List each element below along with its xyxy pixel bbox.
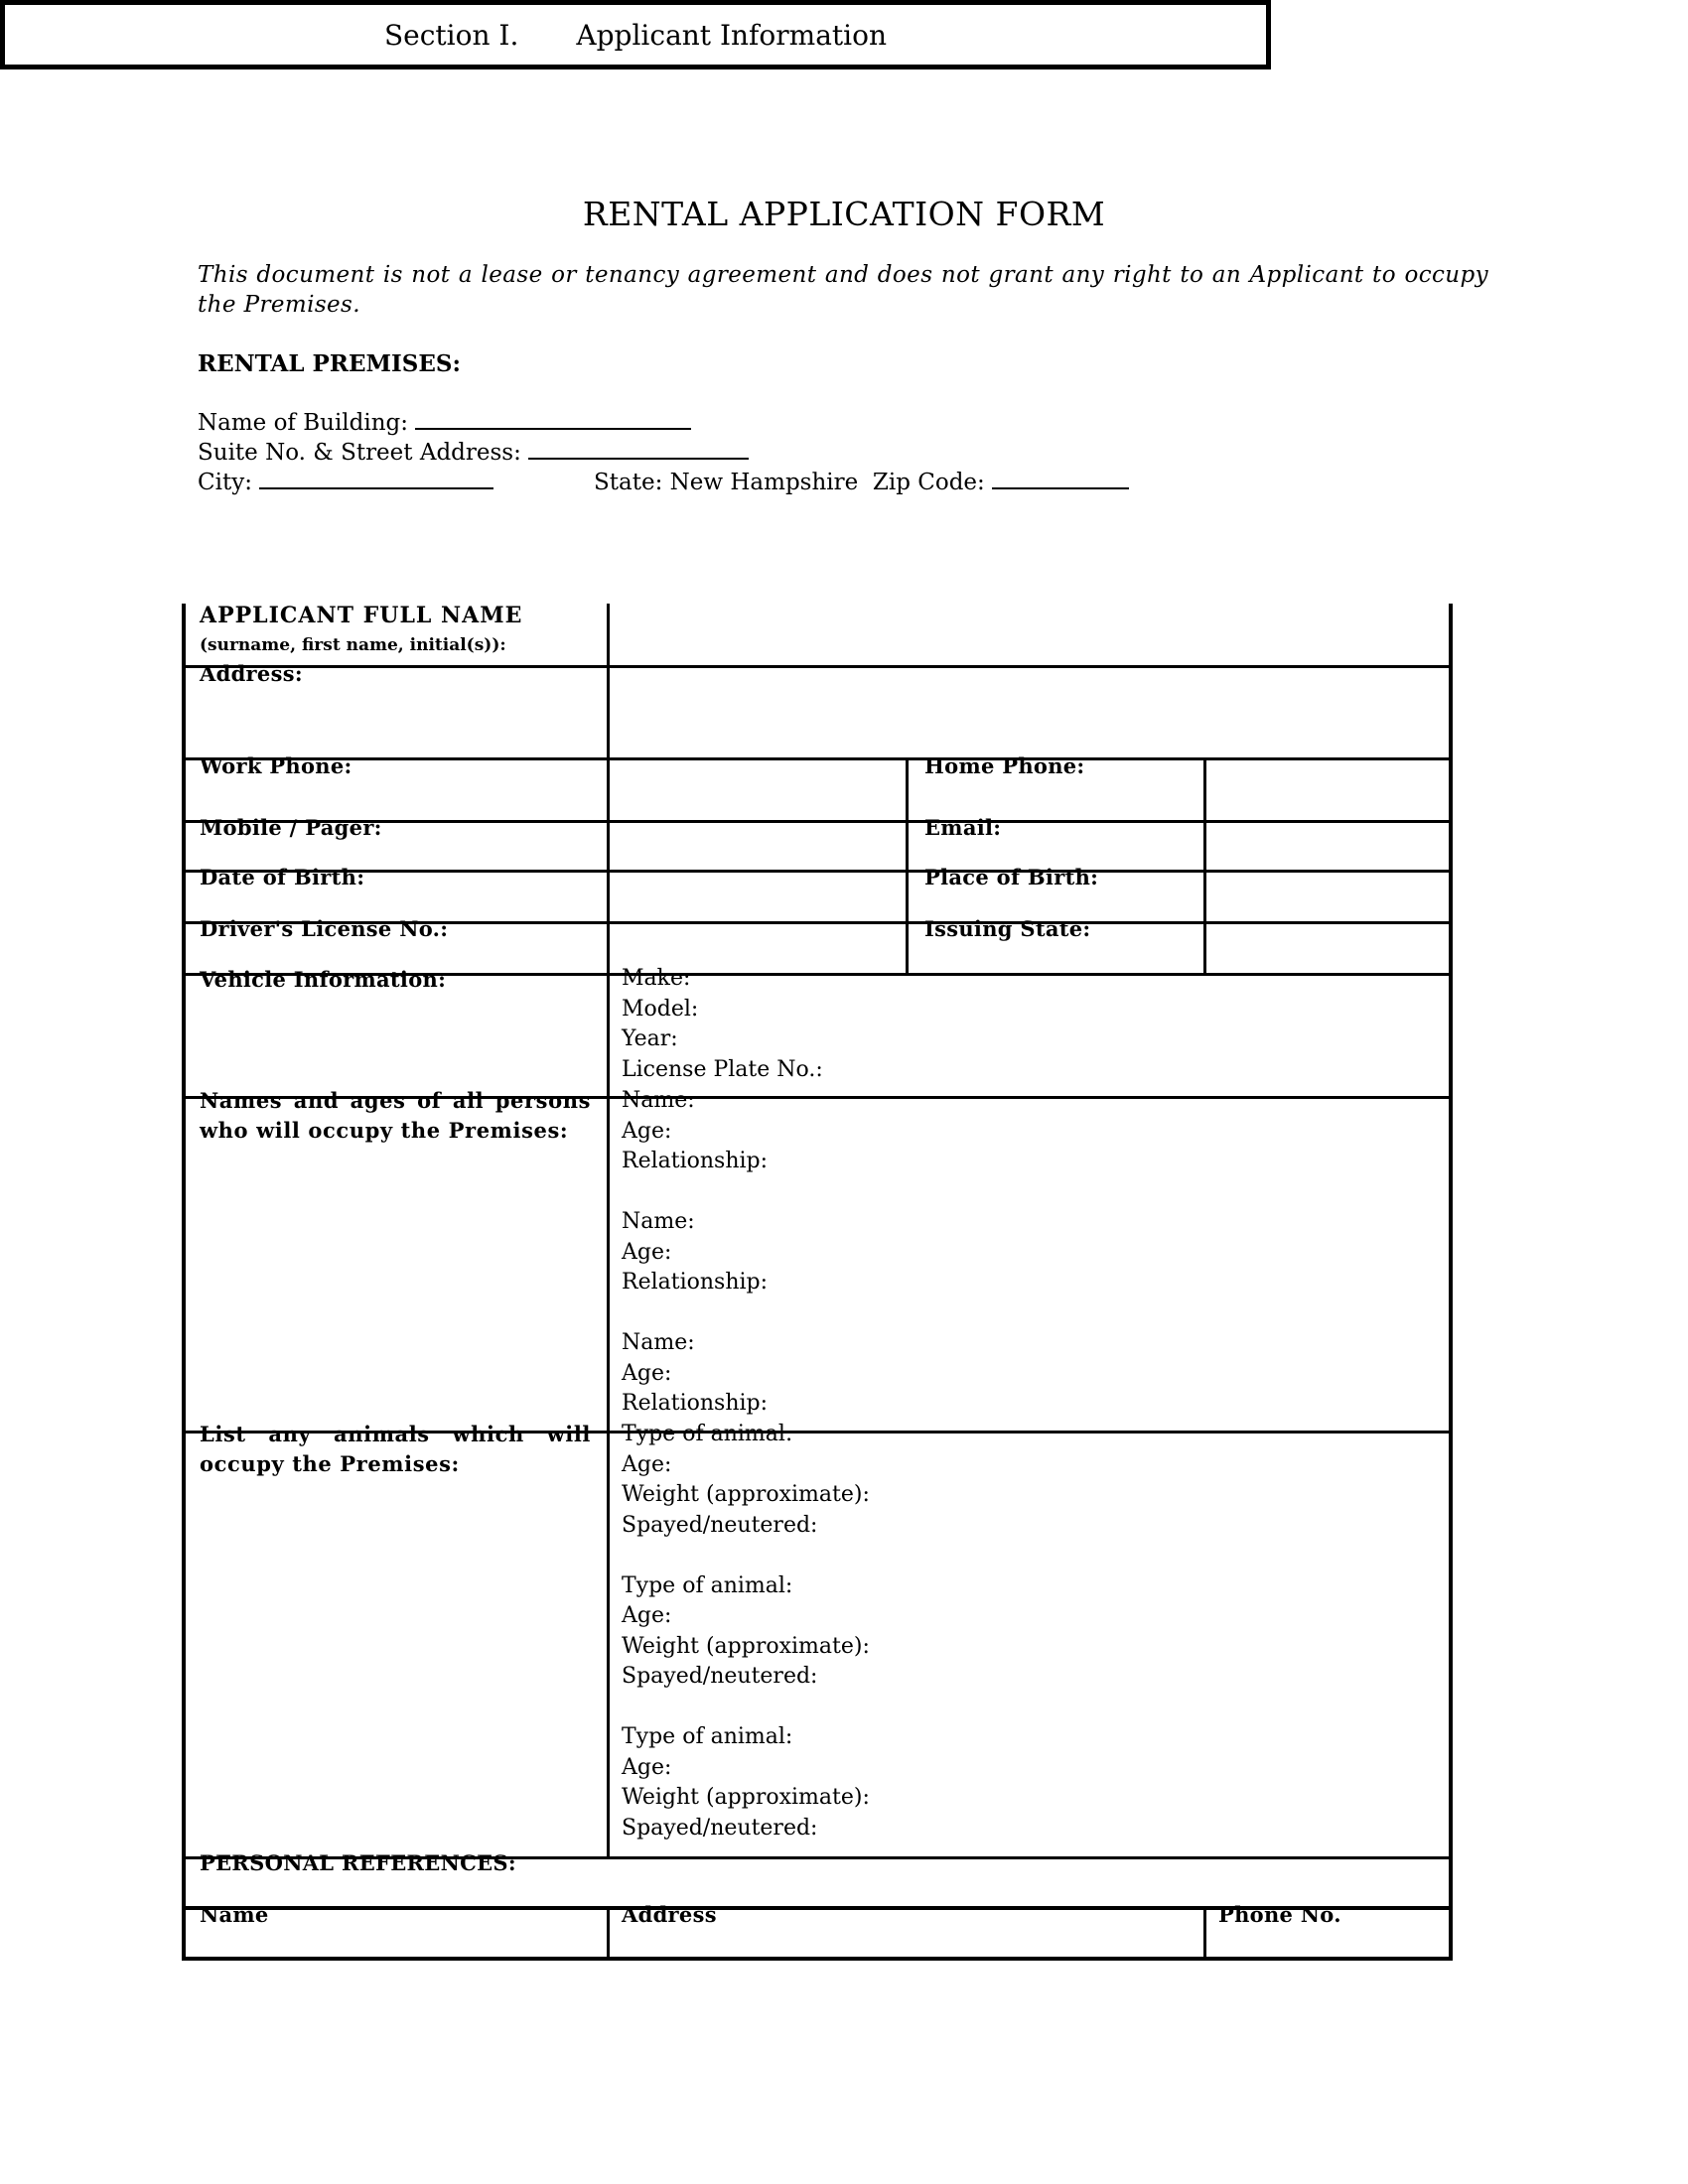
animal-1-type[interactable]: Type of animal: xyxy=(622,1420,870,1450)
table-left-border xyxy=(182,604,186,1961)
home-phone-label: Home Phone: xyxy=(924,751,1085,781)
occupant-fields[interactable]: Name: Age: Relationship: Name: Age: Rela… xyxy=(622,1086,768,1420)
vehicle-label: Vehicle Information: xyxy=(200,965,446,995)
mobile-label: Mobile / Pager: xyxy=(200,813,382,843)
city-label: City: xyxy=(198,470,252,495)
email-label: Email: xyxy=(924,813,1001,843)
animal-3-age[interactable]: Age: xyxy=(622,1753,870,1784)
animal-2-age[interactable]: Age: xyxy=(622,1601,870,1632)
zip-field[interactable] xyxy=(992,468,1129,489)
pob-label: Place of Birth: xyxy=(924,863,1098,892)
work-phone-input[interactable] xyxy=(610,760,906,820)
rental-premises-heading: RENTAL PREMISES: xyxy=(198,350,461,377)
spacer xyxy=(622,1298,768,1329)
form-title: RENTAL APPLICATION FORM xyxy=(0,195,1688,233)
animal-1-weight[interactable]: Weight (approximate): xyxy=(622,1480,870,1511)
vehicle-make[interactable]: Make: xyxy=(622,964,823,995)
building-name-line: Name of Building: xyxy=(198,408,691,438)
full-name-hint: (surname, first name, initial(s)): xyxy=(200,632,506,658)
animal-3-spayed[interactable]: Spayed/neutered: xyxy=(622,1814,870,1844)
occupant-1-age[interactable]: Age: xyxy=(622,1117,768,1148)
section-title: Applicant Information xyxy=(576,19,887,52)
disclaimer-text: This document is not a lease or tenancy … xyxy=(198,260,1488,320)
section-number: Section I. xyxy=(384,19,518,52)
refs-col-name: Name xyxy=(200,1900,269,1930)
vehicle-year[interactable]: Year: xyxy=(622,1024,823,1055)
spacer xyxy=(622,1541,870,1571)
street-address-label: Suite No. & Street Address: xyxy=(198,440,521,466)
table-bottom-border xyxy=(182,1957,1453,1961)
table-right-border xyxy=(1449,604,1453,1961)
occupant-3-age[interactable]: Age: xyxy=(622,1359,768,1390)
animal-3-type[interactable]: Type of animal: xyxy=(622,1722,870,1753)
occupant-3-name[interactable]: Name: xyxy=(622,1328,768,1359)
animal-2-spayed[interactable]: Spayed/neutered: xyxy=(622,1662,870,1693)
pob-input[interactable] xyxy=(1206,873,1449,921)
issuing-state-label: Issuing State: xyxy=(924,914,1090,944)
spacer xyxy=(622,1693,870,1723)
occupant-2-relationship[interactable]: Relationship: xyxy=(622,1268,768,1298)
state-zip-line: State: New Hampshire Zip Code: xyxy=(594,468,1129,497)
state-label: State: New Hampshire xyxy=(594,470,858,495)
animal-2-weight[interactable]: Weight (approximate): xyxy=(622,1632,870,1663)
occupants-label: Names and ages of all persons who will o… xyxy=(200,1086,591,1146)
address-input[interactable] xyxy=(610,668,1449,757)
animal-1-age[interactable]: Age: xyxy=(622,1450,870,1481)
city-field[interactable] xyxy=(259,468,493,489)
animal-3-weight[interactable]: Weight (approximate): xyxy=(622,1783,870,1814)
city-line: City: xyxy=(198,468,493,497)
vehicle-model[interactable]: Model: xyxy=(622,995,823,1025)
zip-label: Zip Code: xyxy=(873,470,985,495)
references-heading: PERSONAL REFERENCES: xyxy=(200,1848,516,1878)
spacer xyxy=(622,1177,768,1208)
home-phone-input[interactable] xyxy=(1206,760,1449,820)
full-name-label: APPLICANT FULL NAME xyxy=(200,600,591,631)
vehicle-fields[interactable]: Make: Model: Year: License Plate No.: xyxy=(622,964,823,1085)
animal-1-spayed[interactable]: Spayed/neutered: xyxy=(622,1511,870,1542)
animal-2-type[interactable]: Type of animal: xyxy=(622,1571,870,1602)
mobile-input[interactable] xyxy=(610,823,906,870)
email-input[interactable] xyxy=(1206,823,1449,870)
refs-name-divider xyxy=(607,1907,610,1960)
full-name-input[interactable] xyxy=(610,606,1449,665)
street-address-line: Suite No. & Street Address: xyxy=(198,438,749,468)
work-phone-label: Work Phone: xyxy=(200,751,352,781)
vehicle-plate[interactable]: License Plate No.: xyxy=(622,1055,823,1086)
issuing-state-input[interactable] xyxy=(1206,924,1449,973)
dob-input[interactable] xyxy=(610,873,906,921)
occupant-3-relationship[interactable]: Relationship: xyxy=(622,1389,768,1420)
dl-label: Driver's License No.: xyxy=(200,914,448,944)
refs-phone-divider xyxy=(1203,1907,1206,1960)
occupant-2-name[interactable]: Name: xyxy=(622,1207,768,1238)
animal-fields[interactable]: Type of animal: Age: Weight (approximate… xyxy=(622,1420,870,1843)
occupant-2-age[interactable]: Age: xyxy=(622,1238,768,1269)
building-name-field[interactable] xyxy=(415,408,691,430)
animals-label: List any animals which will occupy the P… xyxy=(200,1420,591,1479)
dob-label: Date of Birth: xyxy=(200,863,364,892)
section-header: Section I. Applicant Information xyxy=(0,0,1271,69)
refs-col-address: Address xyxy=(622,1900,717,1930)
occupant-1-name[interactable]: Name: xyxy=(622,1086,768,1117)
street-address-field[interactable] xyxy=(528,438,749,460)
building-name-label: Name of Building: xyxy=(198,410,408,436)
mid-column-divider xyxy=(906,758,909,975)
refs-col-phone: Phone No. xyxy=(1218,1900,1341,1930)
address-label: Address: xyxy=(200,659,303,689)
occupant-1-relationship[interactable]: Relationship: xyxy=(622,1147,768,1177)
